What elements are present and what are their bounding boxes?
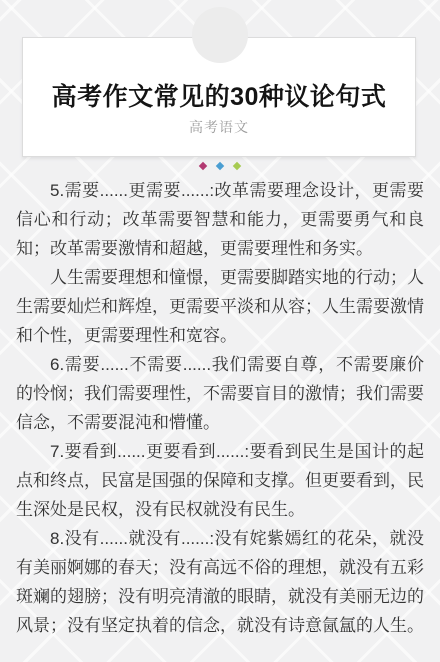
page-title: 高考作文常见的30种议论句式 xyxy=(23,82,415,112)
paragraph: 人生需要理想和憧憬，更需要脚踏实地的行动；人生需要灿烂和辉煌，更需要平淡和从容；… xyxy=(16,263,424,350)
paragraph: 8.没有......就没有......:没有姹紫嫣红的花朵，就没有美丽婀娜的春天… xyxy=(16,524,424,640)
page-subtitle: 高考语文 xyxy=(23,117,415,137)
article-body: 5.需要......更需要......:改革需要理念设计，更需要信心和行动；改革… xyxy=(16,176,424,640)
article-page: { "header": { "title": "高考作文常见的30种议论句式",… xyxy=(0,0,440,662)
paragraph: 6.需要......不需要......我们需要自尊，不需要廉价的怜悯；我们需要理… xyxy=(16,350,424,437)
decor-dot-green xyxy=(233,162,241,170)
decor-dot-magenta xyxy=(199,162,207,170)
paragraph: 7.要看到......更要看到......:要看到民生是国计的起点和终点，民富是… xyxy=(16,437,424,524)
decor-dots xyxy=(0,163,440,169)
avatar-circle xyxy=(192,7,248,63)
paragraph: 5.需要......更需要......:改革需要理念设计，更需要信心和行动；改革… xyxy=(16,176,424,263)
decor-dot-blue xyxy=(216,162,224,170)
